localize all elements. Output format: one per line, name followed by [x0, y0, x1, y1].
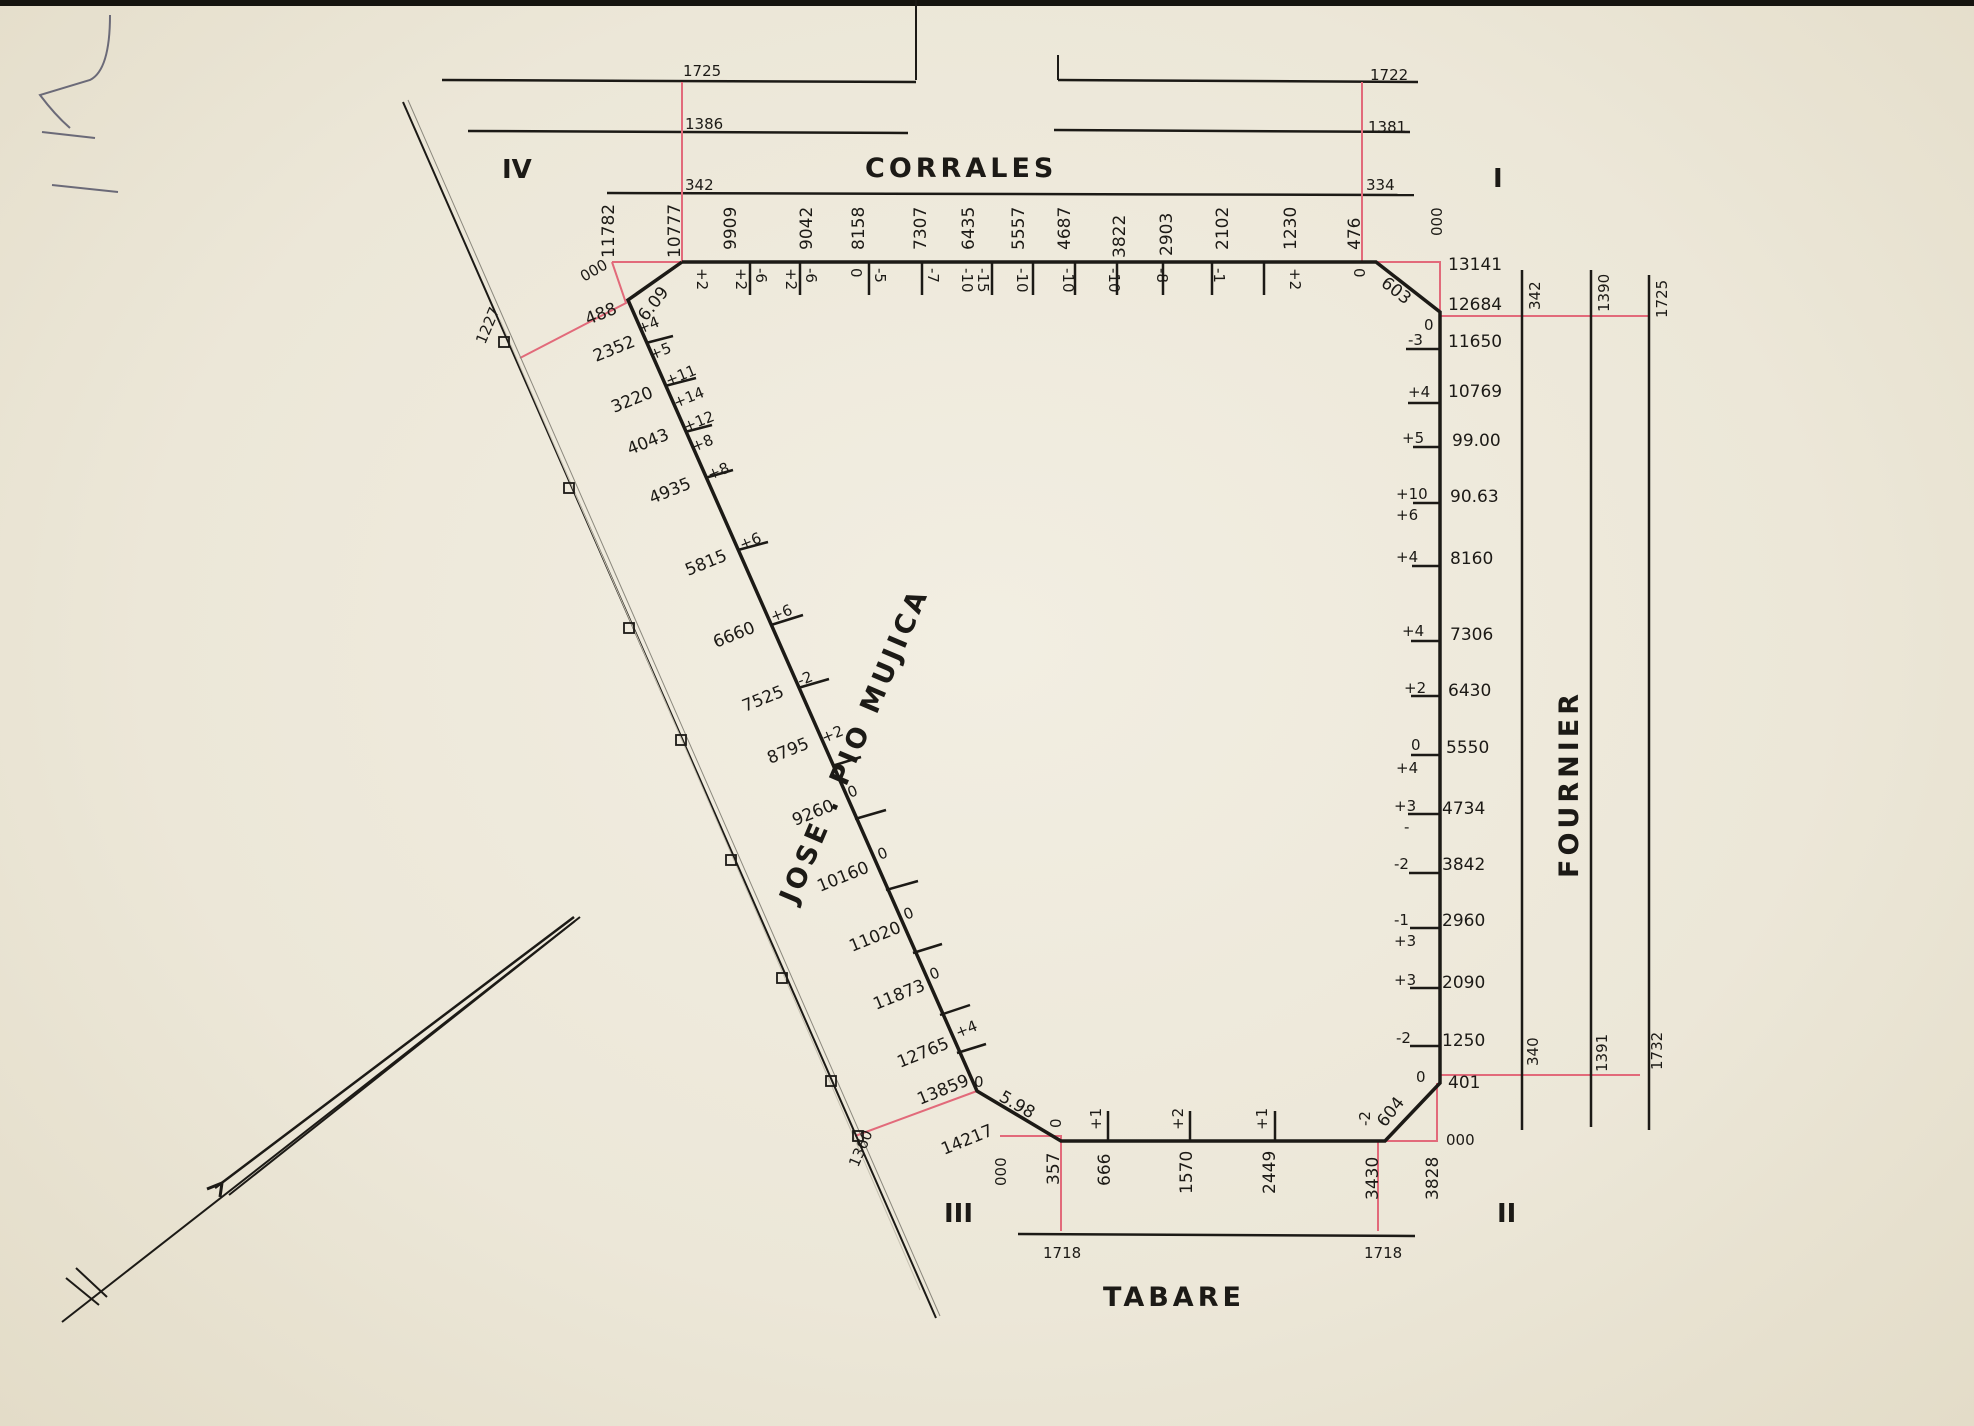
tabare-stations: 357 666 1570 2449: [1044, 1151, 1280, 1194]
corrales-stations: 11782 10777 9909 9042 8158 7307 6435 555…: [599, 204, 1365, 258]
offset-label: 1725: [683, 62, 721, 80]
top-frame-lines: [916, 0, 1058, 80]
offset-label: 342: [1526, 281, 1544, 310]
level-label: +3: [1394, 932, 1416, 950]
station-label: 4687: [1055, 207, 1075, 250]
station-label: 11650: [1448, 332, 1502, 352]
offset-label: 1390: [1595, 274, 1613, 312]
station-label: 2102: [1213, 207, 1233, 250]
level-label: 0: [1411, 736, 1421, 754]
corner-end-label: 000: [1446, 1131, 1475, 1149]
level-label: +2: [1169, 1108, 1187, 1130]
level-label: -1: [1394, 911, 1409, 929]
level-label: -6: [802, 268, 820, 283]
offset-label: 1725: [1653, 280, 1671, 318]
station-label: 476: [1345, 218, 1365, 250]
station-label: 8158: [849, 207, 869, 250]
station-label: 90.63: [1450, 487, 1499, 507]
corrales-level-ticks: [750, 262, 1264, 295]
station-label: 5550: [1446, 738, 1489, 758]
offset-label: 1391: [1593, 1034, 1611, 1072]
corner-start-label: 000: [1428, 207, 1446, 236]
tabare-levels: 0 +1 +2 +1: [1047, 1108, 1271, 1130]
station-label: 3430: [1363, 1157, 1383, 1200]
corrales-levels: +2 +2 -6 +2 -6 0 -5 -7 -10 -15 -10 -10 -…: [693, 268, 1368, 293]
fournier-levels: -3 +4 +5 +10 +6 +4 +4 +2 0 +4 +3 - -2 -1…: [1394, 331, 1430, 1047]
station-label: 2960: [1442, 911, 1485, 931]
station-label: 11782: [599, 204, 619, 258]
level-label: -5: [871, 268, 889, 283]
level-label: 0: [847, 268, 865, 278]
level-label: -6: [752, 268, 770, 283]
level-label: +6: [1396, 506, 1418, 524]
station-label: 2090: [1442, 973, 1485, 993]
station-label: 3220: [608, 383, 656, 418]
street-name-fournier: FOURNIER: [1554, 690, 1585, 878]
level-label: 0: [974, 1073, 984, 1091]
survey-plan-sheet: CORRALES TABARE FOURNIER JOSE . PIO MUJI…: [0, 0, 1974, 1426]
station-label: 2352: [590, 332, 638, 367]
quadrant-iii: III: [944, 1199, 973, 1229]
level-label: +14: [671, 383, 707, 412]
station-label: 5815: [682, 546, 730, 581]
offset-label: 1718: [1043, 1244, 1081, 1262]
station-label: 10777: [665, 204, 685, 258]
level-label: -2: [1356, 1111, 1374, 1126]
offset-label: 1360: [845, 1127, 876, 1169]
station-label: 1570: [1177, 1151, 1197, 1194]
station-label: 1250: [1442, 1031, 1485, 1051]
quadrant-iv: IV: [502, 155, 532, 185]
level-label: +5: [1402, 429, 1424, 447]
station-label: 666: [1095, 1154, 1115, 1186]
station-label: 13141: [1448, 255, 1502, 275]
level-label: +10: [1396, 485, 1428, 503]
station-label: 6430: [1448, 681, 1491, 701]
mujica-levels: +4 +5 +11 +14 +12 +8 +8 +6 +6 -2 +2 0 0 …: [635, 313, 980, 1042]
level-label: +8: [689, 431, 716, 456]
level-label: +2: [732, 268, 750, 290]
street-name-tabare: TABARE: [1103, 1282, 1245, 1313]
station-label: 14217: [938, 1121, 996, 1160]
station-label: 5557: [1009, 207, 1029, 250]
station-label: 7525: [739, 682, 787, 717]
station-label: 8160: [1450, 549, 1493, 569]
station-label: 3822: [1110, 215, 1130, 258]
station-label: 3842: [1442, 855, 1485, 875]
offset-label: 340: [1524, 1037, 1542, 1066]
survey-drawing: CORRALES TABARE FOURNIER JOSE . PIO MUJI…: [0, 0, 1974, 1426]
level-label: -3: [1408, 331, 1423, 349]
level-label: -2: [1396, 1029, 1411, 1047]
offset-label: 334: [1366, 176, 1395, 194]
station-label: 2449: [1260, 1151, 1280, 1194]
level-label: +2: [1286, 268, 1304, 290]
level-label: -10: [958, 268, 976, 293]
corner-zero-label: 000: [577, 256, 611, 286]
level-label: -1: [1210, 268, 1228, 283]
level-label: -15: [974, 268, 992, 293]
tabare-parallel-line: [1018, 1234, 1415, 1236]
level-label: +4: [1408, 383, 1430, 401]
level-label: -: [1404, 818, 1409, 836]
level-label: +4: [953, 1017, 980, 1042]
level-label: +4: [1396, 548, 1418, 566]
level-label: -7: [924, 268, 942, 283]
level-label: -2: [1394, 855, 1409, 873]
corner-start-label: 000: [992, 1157, 1010, 1186]
level-label: +1: [1087, 1108, 1105, 1130]
level-label: +2: [1404, 679, 1426, 697]
offset-label: 1381: [1368, 118, 1406, 136]
offset-label: 1722: [1370, 66, 1408, 84]
fournier-parallel-lines: [1522, 270, 1649, 1130]
station-label: 2903: [1157, 213, 1177, 256]
quadrant-i: I: [1493, 164, 1503, 194]
level-label: +3: [1394, 797, 1416, 815]
chamfer-label: 5.98: [996, 1087, 1039, 1123]
fournier-stations: 11650 10769 99.00 90.63 8160 7306 6430 5…: [1442, 332, 1502, 1051]
station-label: 12765: [894, 1034, 952, 1073]
offset-label: 1718: [1364, 1244, 1402, 1262]
quadrant-ii: II: [1497, 1199, 1516, 1229]
level-label: -10: [1105, 268, 1123, 293]
station-label: 12684: [1448, 295, 1502, 315]
street-name-corrales: CORRALES: [865, 153, 1057, 184]
station-label: 10160: [814, 858, 872, 897]
margin-marks: [40, 15, 118, 192]
station-label: 99.00: [1452, 431, 1501, 451]
level-label: 0: [1416, 1068, 1426, 1086]
level-label: +4: [1396, 759, 1418, 777]
level-label: 0: [1047, 1118, 1065, 1128]
station-label: 6660: [710, 618, 758, 653]
station-label: 11873: [870, 976, 928, 1015]
level-label: -8: [1153, 268, 1171, 283]
level-label: +12: [681, 407, 717, 436]
chamfer-label: 603: [1377, 273, 1415, 309]
level-label: +3: [1394, 971, 1416, 989]
level-label: +4: [1402, 622, 1424, 640]
tabare-level-ticks: [1108, 1111, 1275, 1141]
chamfer-label: 604: [1373, 1093, 1409, 1131]
offset-label: 1732: [1648, 1032, 1666, 1070]
station-label: 357: [1044, 1153, 1064, 1185]
station-label: 9042: [797, 207, 817, 250]
station-label: 3828: [1423, 1157, 1443, 1200]
level-label: -10: [1059, 268, 1077, 293]
station-label: 6435: [959, 207, 979, 250]
level-label: -10: [1013, 268, 1031, 293]
station-label: 11020: [846, 918, 904, 957]
station-label: 9909: [721, 207, 741, 250]
north-arrow-icon: [62, 917, 580, 1322]
level-label: 0: [1350, 268, 1368, 278]
level-label: 0: [1424, 316, 1434, 334]
station-label: 8795: [764, 734, 812, 769]
station-label: 4734: [1442, 799, 1485, 819]
station-label: 4935: [646, 474, 694, 509]
level-label: +1: [1253, 1108, 1271, 1130]
station-label: 401: [1448, 1073, 1480, 1093]
station-label: 488: [582, 299, 620, 330]
station-label: 10769: [1448, 382, 1502, 402]
offset-label: 342: [685, 176, 714, 194]
level-label: +2: [693, 268, 711, 290]
station-label: 7307: [911, 207, 931, 250]
level-label: +2: [782, 268, 800, 290]
offset-label: 1386: [685, 115, 723, 133]
station-label: 7306: [1450, 625, 1493, 645]
station-label: 4043: [624, 425, 672, 460]
station-label: 1230: [1281, 207, 1301, 250]
